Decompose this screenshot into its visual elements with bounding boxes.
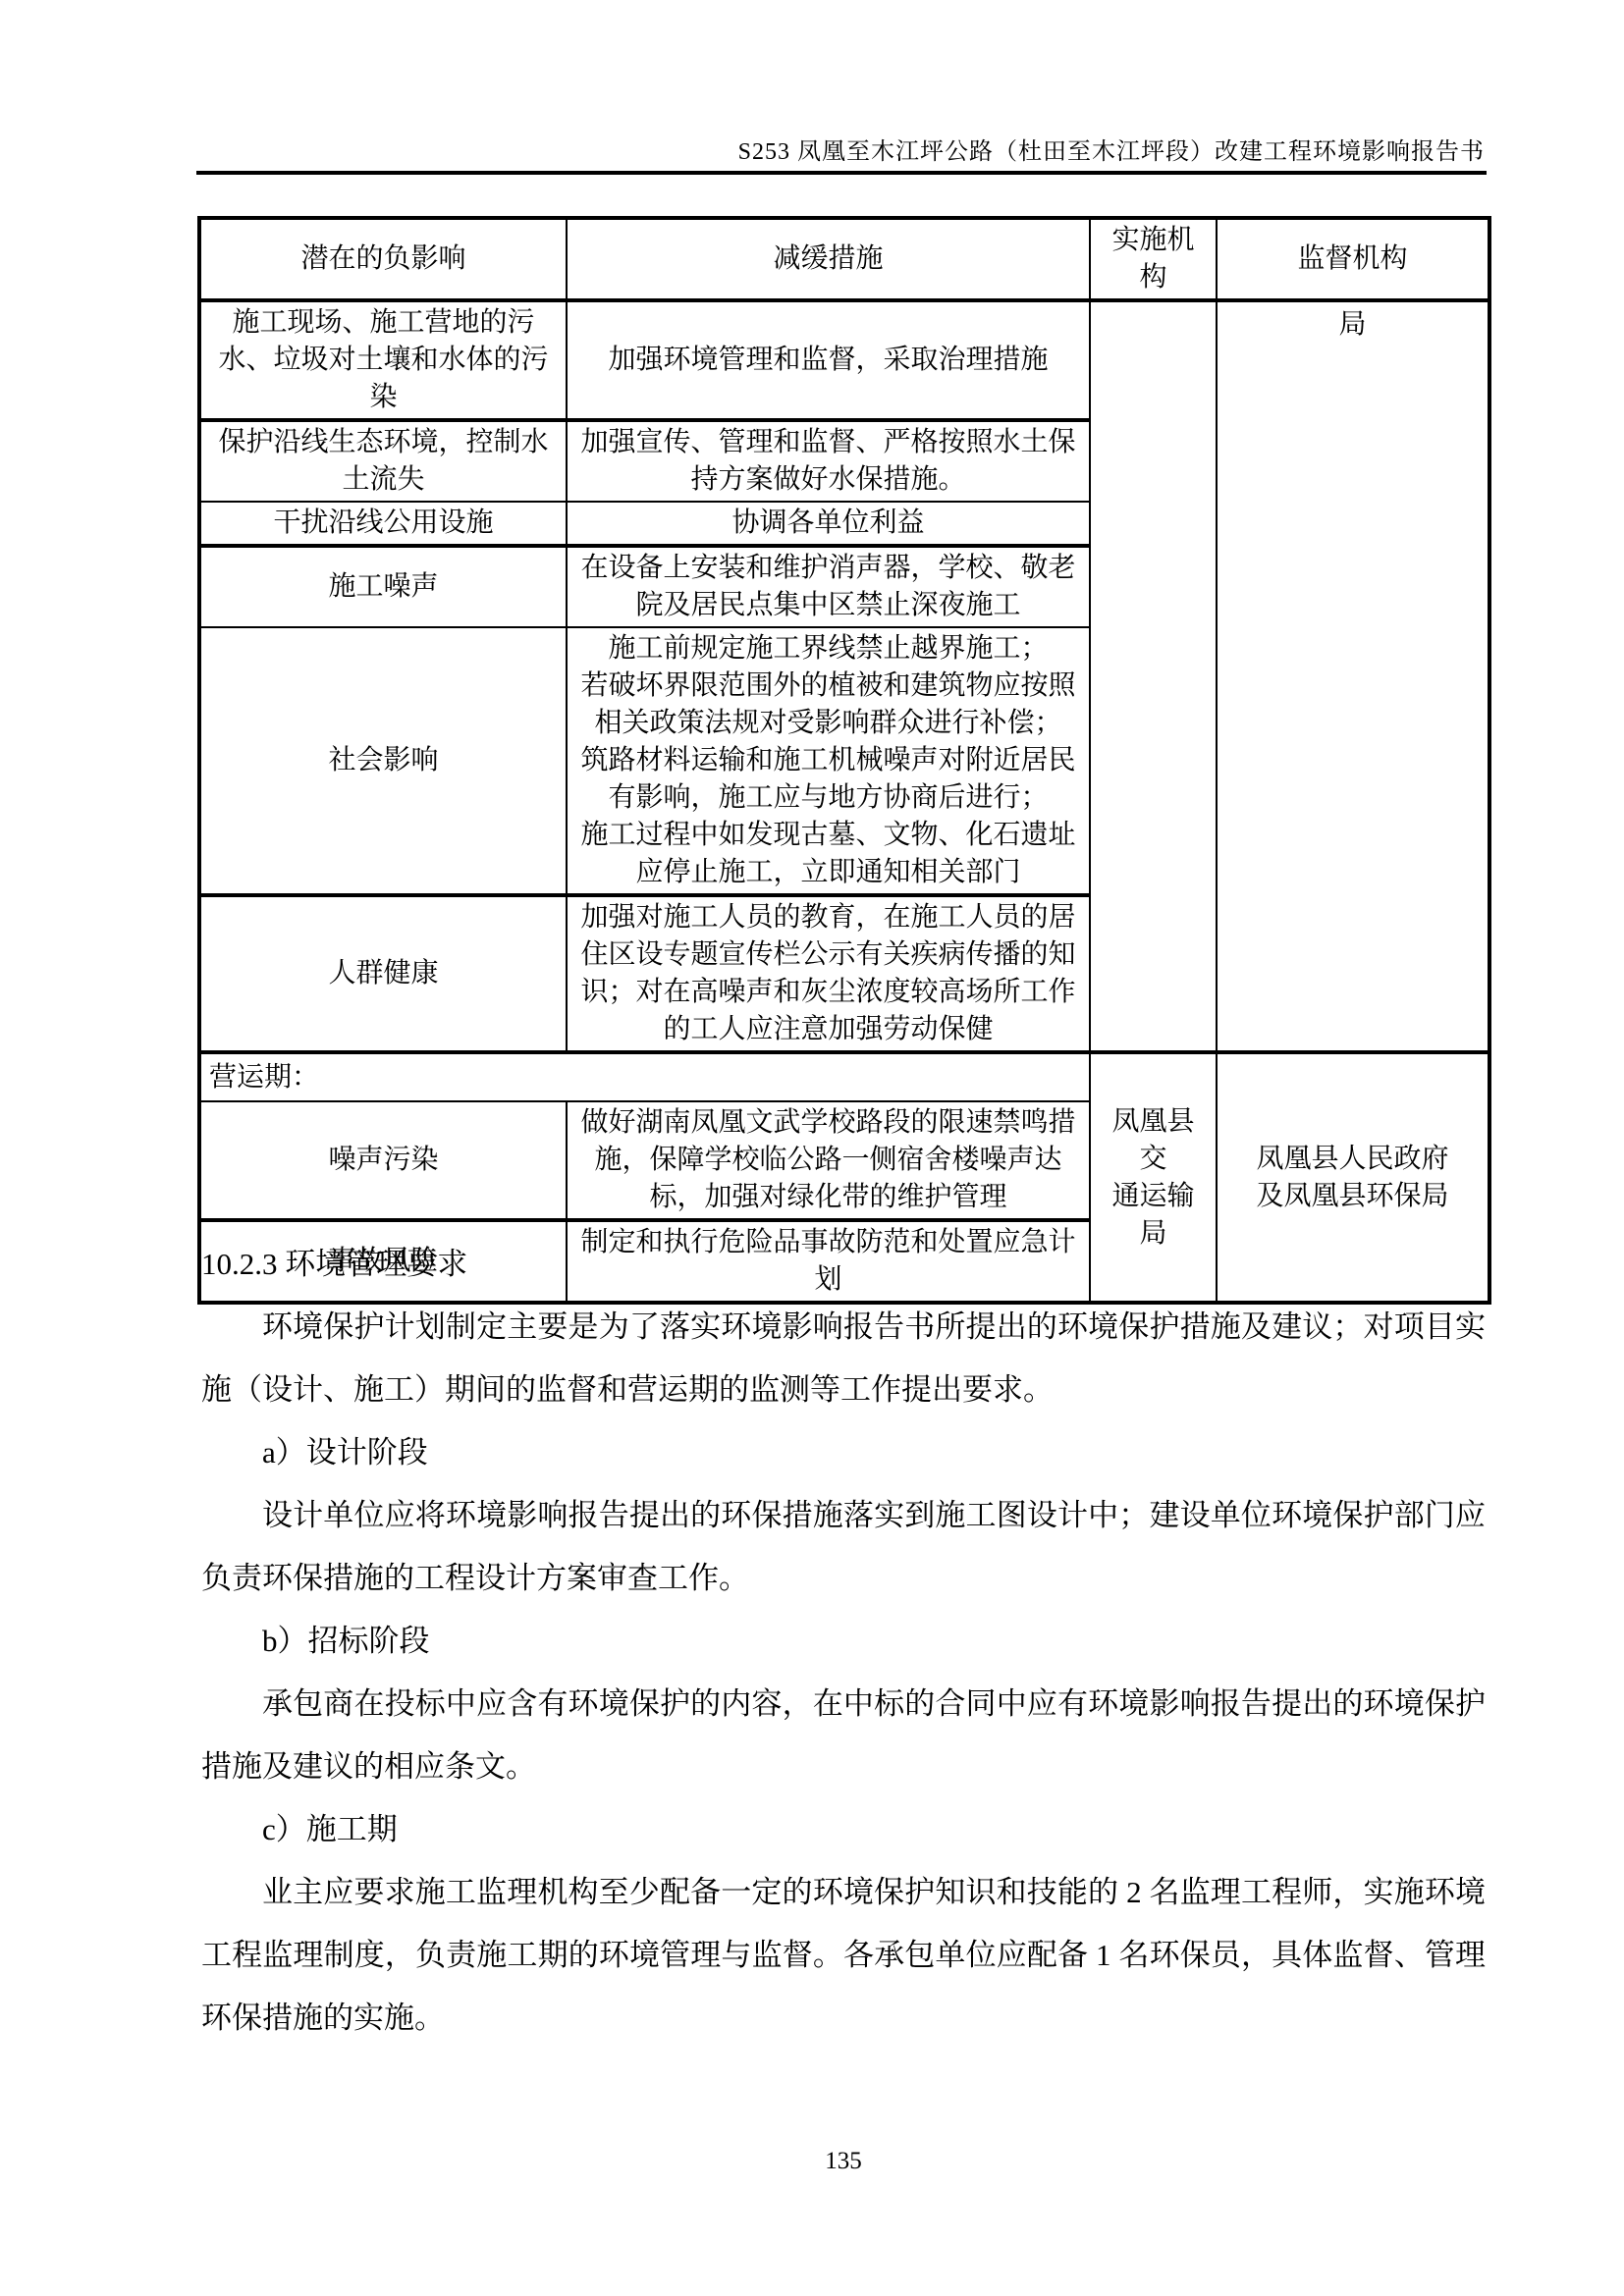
measure-cell: 加强对施工人员的教育，在施工人员的居住区设专题宣传栏公示有关疾病传播的知识；对在… <box>567 895 1090 1052</box>
impact-cell: 人群健康 <box>199 895 567 1052</box>
item-a-title: a）设计阶段 <box>201 1421 1486 1484</box>
measure-cell: 加强宣传、管理和监督、严格按照水土保持方案做好水保措施。 <box>567 420 1090 502</box>
col-header-impact: 潜在的负影响 <box>199 218 567 300</box>
implementing-cell-construction <box>1090 300 1217 1052</box>
impact-cell: 干扰沿线公用设施 <box>199 502 567 546</box>
operation-period-cell: 营运期： <box>199 1052 1090 1101</box>
measure-cell: 在设备上安装和维护消声器，学校、敬老院及居民点集中区禁止深夜施工 <box>567 546 1090 627</box>
header-rule <box>196 171 1487 175</box>
mitigation-table: 潜在的负影响 减缓措施 实施机构 监督机构 施工现场、施工营地的污水、垃圾对土壤… <box>197 216 1491 1305</box>
impact-cell: 施工现场、施工营地的污水、垃圾对土壤和水体的污染 <box>199 300 567 420</box>
body-text: 10.2.3 环境管理要求 环境保护计划制定主要是为了落实环境影响报告书所提出的… <box>201 1233 1486 2050</box>
measure-cell: 加强环境管理和监督，采取治理措施 <box>567 300 1090 420</box>
item-c-paragraph: 业主应要求施工监理机构至少配备一定的环境保护知识和技能的 2 名监理工程师，实施… <box>201 1861 1486 2050</box>
table-row: 施工现场、施工营地的污水、垃圾对土壤和水体的污染 加强环境管理和监督，采取治理措… <box>199 300 1489 420</box>
paragraph-intro: 环境保护计划制定主要是为了落实环境影响报告书所提出的环境保护措施及建议；对项目实… <box>201 1296 1486 1421</box>
impact-cell: 施工噪声 <box>199 546 567 627</box>
page-number: 135 <box>201 2148 1486 2175</box>
table-section-row-operation: 营运期： 凤凰县交 通运输局 凤凰县人民政府 及凤凰县环保局 <box>199 1052 1489 1101</box>
item-a-paragraph: 设计单位应将环境影响报告提出的环保措施落实到施工图设计中；建设单位环境保护部门应… <box>201 1484 1486 1610</box>
measure-cell: 做好湖南凤凰文武学校路段的限速禁鸣措施，保障学校临公路一侧宿舍楼噪声达标，加强对… <box>567 1101 1090 1220</box>
measure-cell: 协调各单位利益 <box>567 502 1090 546</box>
section-heading: 10.2.3 环境管理要求 <box>201 1233 1486 1296</box>
col-header-implementing: 实施机构 <box>1090 218 1217 300</box>
col-header-measure: 减缓措施 <box>567 218 1090 300</box>
impact-cell: 噪声污染 <box>199 1101 567 1220</box>
col-header-supervising: 监督机构 <box>1217 218 1489 300</box>
page-header-title: S253 凤凰至木江坪公路（杜田至木江坪段）改建工程环境影响报告书 <box>196 132 1485 166</box>
item-c-title: c）施工期 <box>201 1798 1486 1861</box>
item-b-title: b）招标阶段 <box>201 1610 1486 1673</box>
item-b-paragraph: 承包商在投标中应含有环境保护的内容，在中标的合同中应有环境影响报告提出的环境保护… <box>201 1673 1486 1798</box>
measure-cell: 施工前规定施工界线禁止越界施工； 若破坏界限范围外的植被和建筑物应按照相关政策法… <box>567 627 1090 895</box>
document-page: S253 凤凰至木江坪公路（杜田至木江坪段）改建工程环境影响报告书 潜在的负影响… <box>0 0 1624 2296</box>
table-header-row: 潜在的负影响 减缓措施 实施机构 监督机构 <box>199 218 1489 300</box>
impact-cell: 社会影响 <box>199 627 567 895</box>
supervising-cell-construction: 局 <box>1217 300 1489 1052</box>
impact-cell: 保护沿线生态环境，控制水土流失 <box>199 420 567 502</box>
